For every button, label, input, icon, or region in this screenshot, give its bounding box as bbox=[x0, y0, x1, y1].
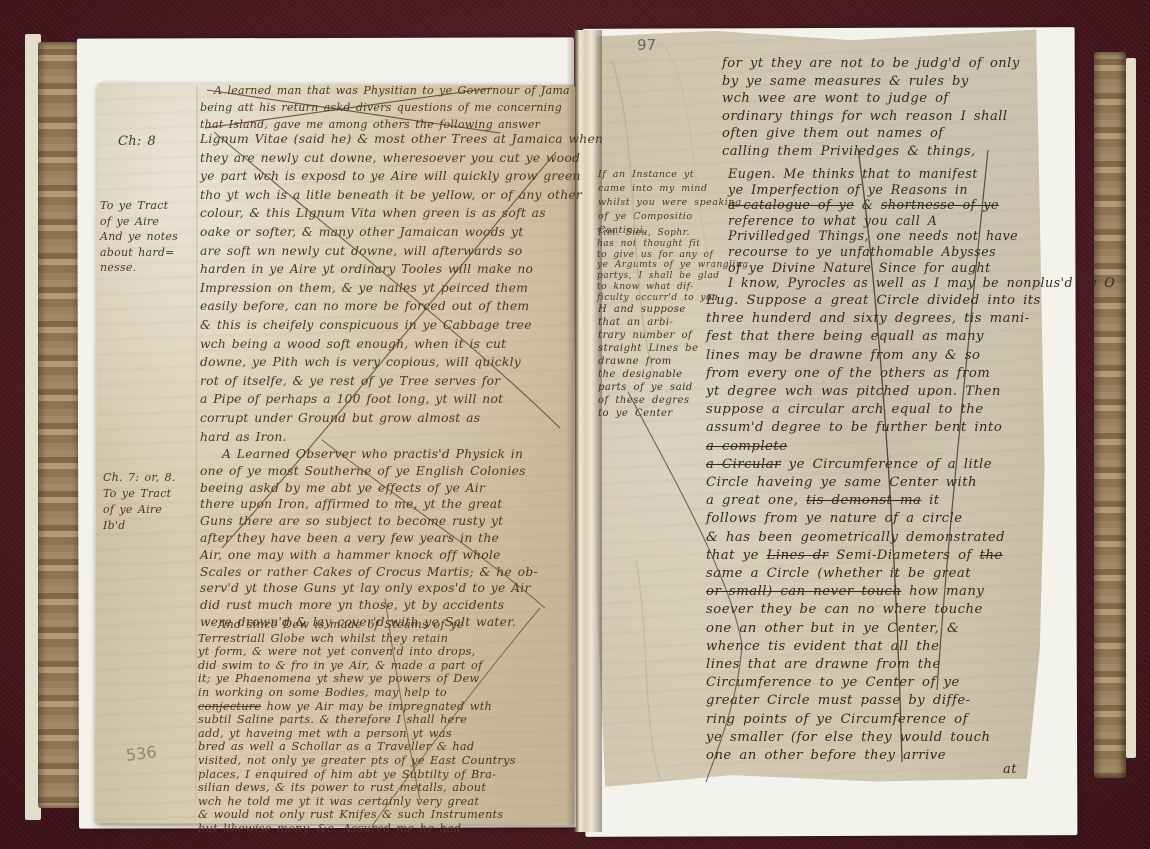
manuscript-line: calling them Priviledges & things, bbox=[722, 143, 1020, 161]
left-chapter-note: Ch: 8 bbox=[118, 134, 156, 149]
manuscript-line: reference to what you call A bbox=[728, 213, 1115, 229]
manuscript-line: places, I enquired of him abt ye Subtilt… bbox=[198, 768, 516, 782]
manuscript-line: a complete bbox=[706, 438, 1041, 456]
manuscript-line: came into my mind bbox=[598, 182, 741, 196]
manuscript-line: ye smaller (for else they would touch bbox=[706, 729, 1041, 747]
right-catchword: at bbox=[1003, 762, 1017, 777]
left-pencil-number: 536 bbox=[125, 742, 158, 765]
manuscript-line: rot of itselfe, & ye rest of ye Tree ser… bbox=[200, 372, 603, 391]
manuscript-line: wch being a wood soft enough, when it is… bbox=[200, 335, 603, 354]
manuscript-line: bred as well a Schollar as a Traveller &… bbox=[198, 740, 516, 754]
manuscript-line: A learned man that was Physitian to ye G… bbox=[200, 82, 570, 99]
manuscript-line: often give them out names of bbox=[722, 125, 1020, 143]
manuscript-line: recourse to ye unfathomable Abysses bbox=[728, 244, 1115, 260]
manuscript-line: To ye Tract bbox=[100, 198, 178, 214]
manuscript-line: partys, I shall be glad bbox=[597, 271, 748, 282]
manuscript-line: easily before, can no more be forced out… bbox=[200, 297, 603, 316]
manuscript-line: beeing askd by me abt ye effects of ye A… bbox=[200, 480, 538, 497]
manuscript-line: add, yt haveing met wth a person yt was bbox=[198, 727, 516, 741]
manuscript-line: Eugen. Me thinks that to manifest bbox=[728, 166, 1115, 182]
manuscript-line: colour, & this Lignum Vita when green is… bbox=[200, 204, 603, 223]
manuscript-line: And since Dew is made of Steams of ye bbox=[198, 618, 516, 632]
manuscript-line: a catalogue of ye & shortnesse of ye bbox=[728, 197, 1115, 213]
right-margin-note-suppose: H and supposethat an arbi-trary number o… bbox=[598, 303, 698, 420]
manuscript-line: Tim. Sieu, Sophr. bbox=[597, 228, 748, 239]
manuscript-line: whilst you were speaking bbox=[598, 196, 741, 210]
manuscript-line: from every one of the others as from bbox=[706, 365, 1041, 383]
manuscript-line: lines may be drawne from any & so bbox=[706, 347, 1041, 365]
manuscript-line: about hard= bbox=[100, 245, 178, 261]
manuscript-line: Guns there are so subject to become rust… bbox=[200, 513, 538, 530]
manuscript-line: drawne from bbox=[598, 355, 698, 368]
manuscript-line: one an other before they arrive bbox=[706, 747, 1041, 765]
manuscript-line: A Learned Observer who practis'd Physick… bbox=[200, 446, 538, 463]
manuscript-line: it; ye Phaenomena yt shew ye powers of D… bbox=[198, 672, 516, 686]
manuscript-line: Circle haveing ye same Center with bbox=[706, 474, 1041, 492]
manuscript-line: oake or softer, & many other Jamaican wo… bbox=[200, 223, 603, 242]
manuscript-line: suppose a circular arch equal to the bbox=[706, 401, 1041, 419]
manuscript-line: ordinary things for wch reason I shall bbox=[722, 108, 1020, 126]
manuscript-line: a Circular ye Circumference of a litle bbox=[706, 456, 1041, 474]
manuscript-line: of ye Aire bbox=[103, 502, 176, 518]
right-opening-passage: for yt they are not to be judg'd of only… bbox=[722, 55, 1020, 160]
manuscript-line: serv'd yt those Guns yt lay only expos'd… bbox=[200, 580, 538, 597]
manuscript-line: Privilledged Things, one needs not have bbox=[728, 228, 1115, 244]
manuscript-line: subtil Saline parts. & therefore I shall… bbox=[198, 713, 516, 727]
manuscript-line: And ye notes bbox=[100, 229, 178, 245]
manuscript-line: visited, not only ye greater pts of ye E… bbox=[198, 754, 516, 768]
manuscript-line: hard as Iron. bbox=[200, 428, 603, 447]
manuscript-line: If an Instance yt bbox=[598, 168, 741, 182]
manuscript-line: of ye Divine Nature Since for aught bbox=[728, 260, 1115, 276]
manuscript-line: of ye Compositio bbox=[598, 210, 741, 224]
left-cancelled-header: A learned man that was Physitian to ye G… bbox=[200, 82, 570, 133]
manuscript-line: a Pipe of perhaps a 100 foot long, yt wi… bbox=[200, 390, 603, 409]
manuscript-line: a great one, tis demonst ma it bbox=[706, 492, 1041, 510]
manuscript-line: three hunderd and sixty degrees, tis man… bbox=[706, 310, 1041, 328]
manuscript-line: are soft wn newly cut downe, will afterw… bbox=[200, 242, 603, 261]
manuscript-line: ye part wch is exposd to ye Aire will qu… bbox=[200, 167, 603, 186]
manuscript-line: Circumference to ye Center of ye bbox=[706, 674, 1041, 692]
manuscript-line: wch wee are wont to judge of bbox=[722, 90, 1020, 108]
manuscript-line: fest that there being equall as many bbox=[706, 328, 1041, 346]
manuscript-line: ye Argumts of ye wrangling bbox=[597, 260, 748, 271]
right-deckle-edges bbox=[1094, 52, 1126, 778]
manuscript-line: being att his return askd divers questio… bbox=[200, 99, 570, 116]
manuscript-line: wch he told me yt it was certainly very … bbox=[198, 795, 516, 809]
manuscript-line: tho yt wch is a litle beneath it be yell… bbox=[200, 186, 603, 205]
manuscript-line: or small) can never touch how many bbox=[706, 583, 1041, 601]
manuscript-book-photo: A learned man that was Physitian to ye G… bbox=[0, 0, 1150, 849]
manuscript-line: Impression on them, & ye nailes yt peirc… bbox=[200, 279, 603, 298]
manuscript-line: there upon Iron, affirmed to me, yt the … bbox=[200, 496, 538, 513]
manuscript-line: they are newly cut downe, wheresoever yo… bbox=[200, 149, 603, 168]
manuscript-line: Ib'd bbox=[103, 518, 176, 534]
manuscript-line: yt degree wch was pitched upon. Then bbox=[706, 383, 1041, 401]
right-circle-passage: Eug. Suppose a great Circle divided into… bbox=[706, 292, 1041, 765]
right-eugenius-passage: Eugen. Me thinks that to manifestye Impe… bbox=[728, 166, 1115, 291]
manuscript-line: greater Circle must passe by diffe- bbox=[706, 692, 1041, 710]
manuscript-line: nesse. bbox=[100, 260, 178, 276]
manuscript-line: trary number of bbox=[598, 329, 698, 342]
left-paragraph-lignumvitae: Lignum Vitae (said he) & most other Tree… bbox=[200, 130, 603, 446]
manuscript-line: & has been geometrically demonstrated bbox=[706, 529, 1041, 547]
right-endpaper-edge bbox=[1126, 58, 1136, 758]
manuscript-line: silian dews, & its power to rust metalls… bbox=[198, 781, 516, 795]
manuscript-line: one an other but in ye Center, & bbox=[706, 620, 1041, 638]
manuscript-line: & would not only rust Knifes & such Inst… bbox=[198, 808, 516, 822]
manuscript-line: of ye Aire bbox=[100, 214, 178, 230]
manuscript-line: yt form, & were not yet conven'd into dr… bbox=[198, 645, 516, 659]
manuscript-line: but likewise mony, &c. Assured me he had bbox=[198, 822, 516, 836]
manuscript-line: after they have been a very few years in… bbox=[200, 530, 538, 547]
left-paragraph-dew: And since Dew is made of Steams of yeTer… bbox=[198, 618, 516, 836]
manuscript-line: in working on some Bodies, may help to bbox=[198, 686, 516, 700]
manuscript-line: Ch. 7: or, 8. bbox=[103, 470, 176, 486]
manuscript-line: whence tis evident that all the bbox=[706, 638, 1041, 656]
left-paragraph-observer: A Learned Observer who practis'd Physick… bbox=[200, 446, 538, 631]
manuscript-line: soever they be can no where touche bbox=[706, 601, 1041, 619]
manuscript-line: that an arbi- bbox=[598, 316, 698, 329]
manuscript-line: Terrestriall Globe wch whilst they retai… bbox=[198, 632, 516, 646]
manuscript-line: follows from ye nature of a circle bbox=[706, 510, 1041, 528]
manuscript-line: corrupt under Ground but grow almost as bbox=[200, 409, 603, 428]
manuscript-line: Lignum Vitae (said he) & most other Tree… bbox=[200, 130, 603, 149]
manuscript-line: straight Lines be bbox=[598, 342, 698, 355]
manuscript-line: to give us for any of bbox=[597, 250, 748, 261]
manuscript-line: & this is cheifely conspicuous in ye Cab… bbox=[200, 316, 603, 335]
manuscript-line: parts of ye said bbox=[598, 381, 698, 394]
manuscript-line: lines that are drawne from the bbox=[706, 656, 1041, 674]
left-margin-note-ch7: Ch. 7: or, 8.To ye Tractof ye Aire Ib'd bbox=[103, 470, 176, 534]
manuscript-line: has not thought fit bbox=[597, 239, 748, 250]
manuscript-line: Eug. Suppose a great Circle divided into… bbox=[706, 292, 1041, 310]
manuscript-line: to ye Center bbox=[598, 407, 698, 420]
left-margin-note-aire: To ye Tractof ye AireAnd ye notesabout h… bbox=[100, 198, 178, 276]
manuscript-line: one of ye most Southerne of ye English C… bbox=[200, 463, 538, 480]
manuscript-line: To ye Tract bbox=[103, 486, 176, 502]
manuscript-line: conjecture how ye Air may be impregnated… bbox=[198, 700, 516, 714]
manuscript-line: Air, one may with a hammer knock off who… bbox=[200, 547, 538, 564]
manuscript-line: downe, ye Pith wch is very copious, will… bbox=[200, 353, 603, 372]
manuscript-line: H and suppose bbox=[598, 303, 698, 316]
manuscript-line: harden in ye Aire yt ordinary Tooles wil… bbox=[200, 260, 603, 279]
manuscript-line: the designable bbox=[598, 368, 698, 381]
manuscript-line: did rust much more yn those, yt by accid… bbox=[200, 597, 538, 614]
manuscript-line: ring points of ye Circumference of bbox=[706, 711, 1041, 729]
manuscript-line: ye Imperfection of ye Reasons in bbox=[728, 182, 1115, 198]
manuscript-line: same a Circle (whether it be great bbox=[706, 565, 1041, 583]
manuscript-line: of these degres bbox=[598, 394, 698, 407]
manuscript-line: that ye Lines dr Semi-Diameters of the bbox=[706, 547, 1041, 565]
manuscript-line: did swim to & fro in ye Air, & made a pa… bbox=[198, 659, 516, 673]
manuscript-line: I know, Pyrocles as well as I may be non… bbox=[728, 275, 1115, 291]
manuscript-line: Scales or rather Cakes of Crocus Martis;… bbox=[200, 564, 538, 581]
manuscript-line: assum'd degree to be further bent into bbox=[706, 419, 1041, 437]
right-folio-number: 97 bbox=[637, 36, 656, 54]
manuscript-line: by ye same measures & rules by bbox=[722, 73, 1020, 91]
manuscript-line: for yt they are not to be judg'd of only bbox=[722, 55, 1020, 73]
